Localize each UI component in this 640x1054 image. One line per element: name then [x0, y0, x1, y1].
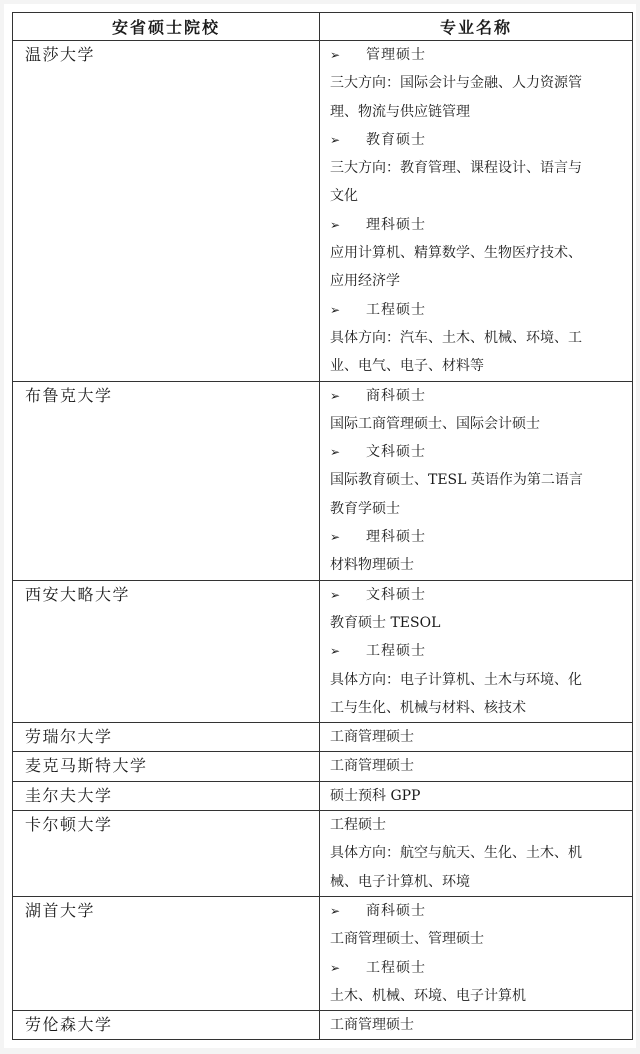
school-name: 麦克马斯特大学: [13, 752, 320, 781]
arrow-bullet-icon: ➢: [330, 296, 366, 324]
arrow-bullet-icon: ➢: [330, 523, 366, 551]
category-label: 商科硕士: [366, 903, 426, 919]
category-label: 管理硕士: [366, 47, 426, 63]
school-name: 圭尔夫大学: [13, 781, 320, 810]
program-category: ➢理科硕士: [330, 523, 626, 551]
category-label: 文科硕士: [366, 587, 426, 603]
table-row: 西安大略大学➢文科硕士教育硕士 TESOL➢工程硕士具体方向：电子计算机、土木与…: [13, 580, 633, 722]
category-label: 文科硕士: [366, 444, 426, 460]
program-detail: 工商管理硕士: [330, 1011, 626, 1039]
arrow-bullet-icon: ➢: [330, 581, 366, 609]
program-category: ➢文科硕士: [330, 438, 626, 466]
document-page: 安省硕士院校 专业名称 温莎大学➢管理硕士三大方向：国际会计与金融、人力资源管理…: [4, 4, 636, 1048]
table-row: 湖首大学➢商科硕士工商管理硕士、管理硕士➢工程硕士土木、机械、环境、电子计算机: [13, 896, 633, 1010]
arrow-bullet-icon: ➢: [330, 211, 366, 239]
program-detail: 应用计算机、精算数学、生物医疗技术、: [330, 239, 626, 267]
table-header-row: 安省硕士院校 专业名称: [13, 13, 633, 41]
table-row: 劳瑞尔大学工商管理硕士: [13, 723, 633, 752]
header-program: 专业名称: [320, 13, 633, 41]
arrow-bullet-icon: ➢: [330, 41, 366, 69]
program-detail: 国际教育硕士、TESL 英语作为第二语言: [330, 466, 626, 494]
program-list: ➢商科硕士国际工商管理硕士、国际会计硕士➢文科硕士国际教育硕士、TESL 英语作…: [320, 381, 633, 580]
program-detail: 工商管理硕士: [330, 723, 626, 751]
program-detail: 工与生化、机械与材料、核技术: [330, 694, 626, 722]
program-detail: 械、电子计算机、环境: [330, 868, 626, 896]
program-detail: 应用经济学: [330, 267, 626, 295]
ontario-masters-table: 安省硕士院校 专业名称 温莎大学➢管理硕士三大方向：国际会计与金融、人力资源管理…: [12, 12, 633, 1040]
program-detail: 理、物流与供应链管理: [330, 98, 626, 126]
arrow-bullet-icon: ➢: [330, 954, 366, 982]
program-category: ➢工程硕士: [330, 637, 626, 665]
school-name: 西安大略大学: [13, 580, 320, 722]
program-category: ➢商科硕士: [330, 382, 626, 410]
table-row: 劳伦森大学工商管理硕士: [13, 1011, 633, 1040]
program-detail: 材料物理硕士: [330, 551, 626, 579]
category-label: 工程硕士: [366, 960, 426, 976]
arrow-bullet-icon: ➢: [330, 897, 366, 925]
program-category: ➢理科硕士: [330, 211, 626, 239]
arrow-bullet-icon: ➢: [330, 438, 366, 466]
program-detail: 具体方向：电子计算机、土木与环境、化: [330, 666, 626, 694]
school-name: 卡尔顿大学: [13, 811, 320, 897]
program-list: 工商管理硕士: [320, 752, 633, 781]
school-name: 湖首大学: [13, 896, 320, 1010]
table-row: 卡尔顿大学工程硕士具体方向：航空与航天、生化、土木、机械、电子计算机、环境: [13, 811, 633, 897]
program-detail: 工商管理硕士、管理硕士: [330, 925, 626, 953]
program-list: ➢管理硕士三大方向：国际会计与金融、人力资源管理、物流与供应链管理➢教育硕士三大…: [320, 41, 633, 382]
category-label: 教育硕士: [366, 132, 426, 148]
category-label: 工程硕士: [366, 643, 426, 659]
program-list: 工商管理硕士: [320, 723, 633, 752]
program-detail: 教育学硕士: [330, 495, 626, 523]
program-category: ➢教育硕士: [330, 126, 626, 154]
category-label: 工程硕士: [366, 302, 426, 318]
program-detail: 国际工商管理硕士、国际会计硕士: [330, 410, 626, 438]
program-detail: 土木、机械、环境、电子计算机: [330, 982, 626, 1010]
program-detail: 文化: [330, 182, 626, 210]
program-list: 工程硕士具体方向：航空与航天、生化、土木、机械、电子计算机、环境: [320, 811, 633, 897]
arrow-bullet-icon: ➢: [330, 637, 366, 665]
program-category: ➢文科硕士: [330, 581, 626, 609]
table-row: 温莎大学➢管理硕士三大方向：国际会计与金融、人力资源管理、物流与供应链管理➢教育…: [13, 41, 633, 382]
program-list: 硕士预科 GPP: [320, 781, 633, 810]
table-row: 圭尔夫大学硕士预科 GPP: [13, 781, 633, 810]
arrow-bullet-icon: ➢: [330, 126, 366, 154]
school-name: 布鲁克大学: [13, 381, 320, 580]
program-category: ➢工程硕士: [330, 954, 626, 982]
arrow-bullet-icon: ➢: [330, 382, 366, 410]
program-detail: 三大方向：教育管理、课程设计、语言与: [330, 154, 626, 182]
category-label: 理科硕士: [366, 217, 426, 233]
program-detail: 三大方向：国际会计与金融、人力资源管: [330, 69, 626, 97]
program-category: ➢工程硕士: [330, 296, 626, 324]
program-detail: 工商管理硕士: [330, 752, 626, 780]
program-category: ➢管理硕士: [330, 41, 626, 69]
table-row: 麦克马斯特大学工商管理硕士: [13, 752, 633, 781]
school-name: 劳瑞尔大学: [13, 723, 320, 752]
program-list: ➢文科硕士教育硕士 TESOL➢工程硕士具体方向：电子计算机、土木与环境、化工与…: [320, 580, 633, 722]
school-name: 温莎大学: [13, 41, 320, 382]
table-row: 布鲁克大学➢商科硕士国际工商管理硕士、国际会计硕士➢文科硕士国际教育硕士、TES…: [13, 381, 633, 580]
program-list: 工商管理硕士: [320, 1011, 633, 1040]
table-body: 温莎大学➢管理硕士三大方向：国际会计与金融、人力资源管理、物流与供应链管理➢教育…: [13, 41, 633, 1040]
program-category: ➢商科硕士: [330, 897, 626, 925]
program-detail: 具体方向：航空与航天、生化、土木、机: [330, 839, 626, 867]
program-detail: 业、电气、电子、材料等: [330, 352, 626, 380]
header-school: 安省硕士院校: [13, 13, 320, 41]
program-detail: 教育硕士 TESOL: [330, 609, 626, 637]
category-label: 理科硕士: [366, 529, 426, 545]
program-list: ➢商科硕士工商管理硕士、管理硕士➢工程硕士土木、机械、环境、电子计算机: [320, 896, 633, 1010]
program-detail: 工程硕士: [330, 811, 626, 839]
school-name: 劳伦森大学: [13, 1011, 320, 1040]
program-detail: 硕士预科 GPP: [330, 782, 626, 810]
program-detail: 具体方向：汽车、土木、机械、环境、工: [330, 324, 626, 352]
category-label: 商科硕士: [366, 388, 426, 404]
